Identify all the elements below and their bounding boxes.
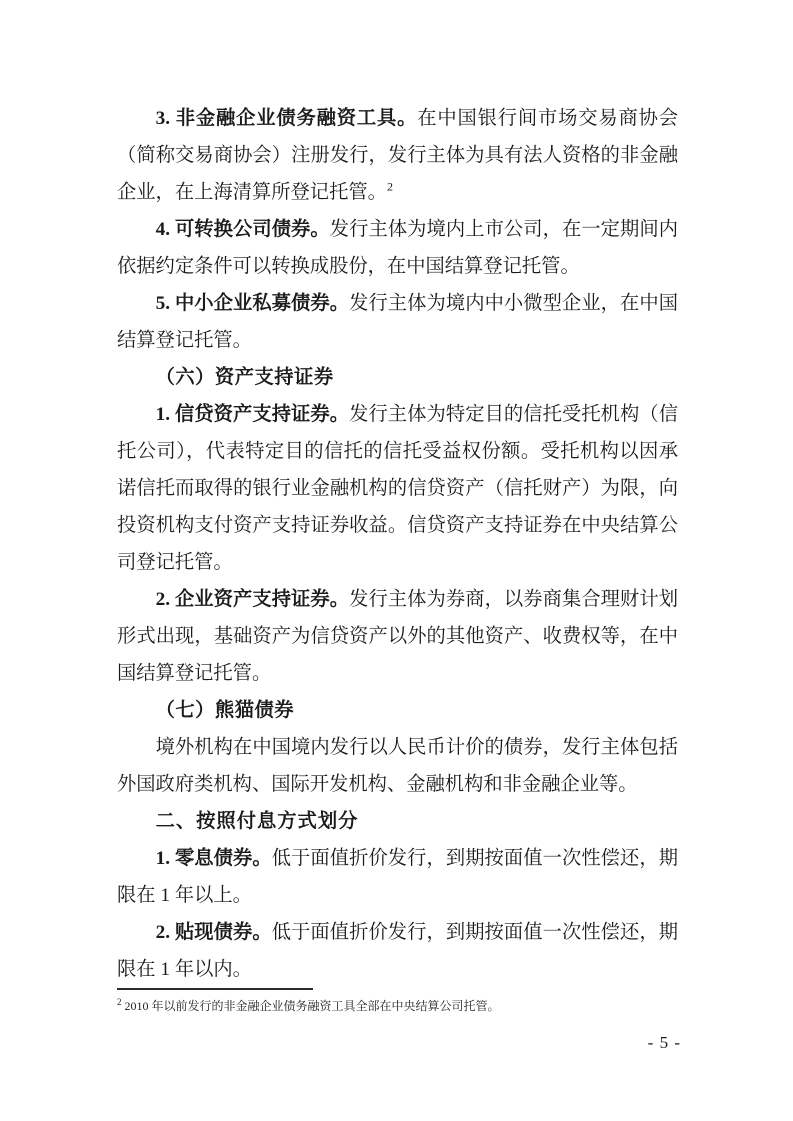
footnote-text: 2 2010 年以前发行的非金融企业债务融资工具全部在中央结算公司托管。 bbox=[117, 997, 678, 1015]
section-heading: （六）资产支持证券 bbox=[117, 359, 678, 396]
paragraph: 1. 信贷资产支持证券。发行主体为特定目的信托受托机构（信托公司），代表特定目的… bbox=[117, 396, 678, 581]
paragraph: 1. 零息债券。低于面值折价发行，到期按面值一次性偿还，期限在 1 年以上。 bbox=[117, 840, 678, 914]
footnote-ref: 2 bbox=[387, 180, 393, 194]
document-body: 3. 非金融企业债务融资工具。在中国银行间市场交易商协会（简称交易商协会）注册发… bbox=[117, 100, 678, 988]
footnote-separator bbox=[117, 988, 313, 990]
paragraph-lead: 5. 中小企业私募债券。 bbox=[156, 293, 350, 314]
paragraph-lead: 1. 零息债券。 bbox=[156, 848, 272, 869]
page-number: - 5 - bbox=[648, 1033, 681, 1053]
footnote-body: 2010 年以前发行的非金融企业债务融资工具全部在中央结算公司托管。 bbox=[125, 999, 500, 1013]
footnote-area: 2 2010 年以前发行的非金融企业债务融资工具全部在中央结算公司托管。 bbox=[117, 988, 678, 1015]
section-heading: （七）熊猫债券 bbox=[117, 692, 678, 729]
paragraph: 2. 贴现债券。低于面值折价发行，到期按面值一次性偿还，期限在 1 年以内。 bbox=[117, 914, 678, 988]
paragraph-text: 境外机构在中国境内发行以人民币计价的债券，发行主体包括外国政府类机构、国际开发机… bbox=[117, 737, 678, 795]
paragraph-text: 发行主体为特定目的信托受托机构（信托公司），代表特定目的信托的信托受益权份额。受… bbox=[117, 404, 678, 573]
paragraph-lead: 3. 非金融企业债务融资工具。 bbox=[156, 108, 418, 129]
paragraph-lead: 2. 企业资产支持证券。 bbox=[156, 589, 350, 610]
footnote-marker: 2 bbox=[117, 997, 122, 1007]
paragraph-lead: 2. 贴现债券。 bbox=[156, 922, 272, 943]
paragraph: 境外机构在中国境内发行以人民币计价的债券，发行主体包括外国政府类机构、国际开发机… bbox=[117, 729, 678, 803]
paragraph: 4. 可转换公司债券。发行主体为境内上市公司，在一定期间内依据约定条件可以转换成… bbox=[117, 211, 678, 285]
paragraph-lead: 4. 可转换公司债券。 bbox=[156, 219, 330, 240]
chapter-heading: 二、按照付息方式划分 bbox=[117, 803, 678, 840]
paragraph-lead: 1. 信贷资产支持证券。 bbox=[156, 404, 350, 425]
document-page: 3. 非金融企业债务融资工具。在中国银行间市场交易商协会（简称交易商协会）注册发… bbox=[0, 0, 793, 1121]
paragraph: 5. 中小企业私募债券。发行主体为境内中小微型企业，在中国结算登记托管。 bbox=[117, 285, 678, 359]
paragraph: 3. 非金融企业债务融资工具。在中国银行间市场交易商协会（简称交易商协会）注册发… bbox=[117, 100, 678, 211]
paragraph: 2. 企业资产支持证券。发行主体为券商，以券商集合理财计划形式出现，基础资产为信… bbox=[117, 581, 678, 692]
